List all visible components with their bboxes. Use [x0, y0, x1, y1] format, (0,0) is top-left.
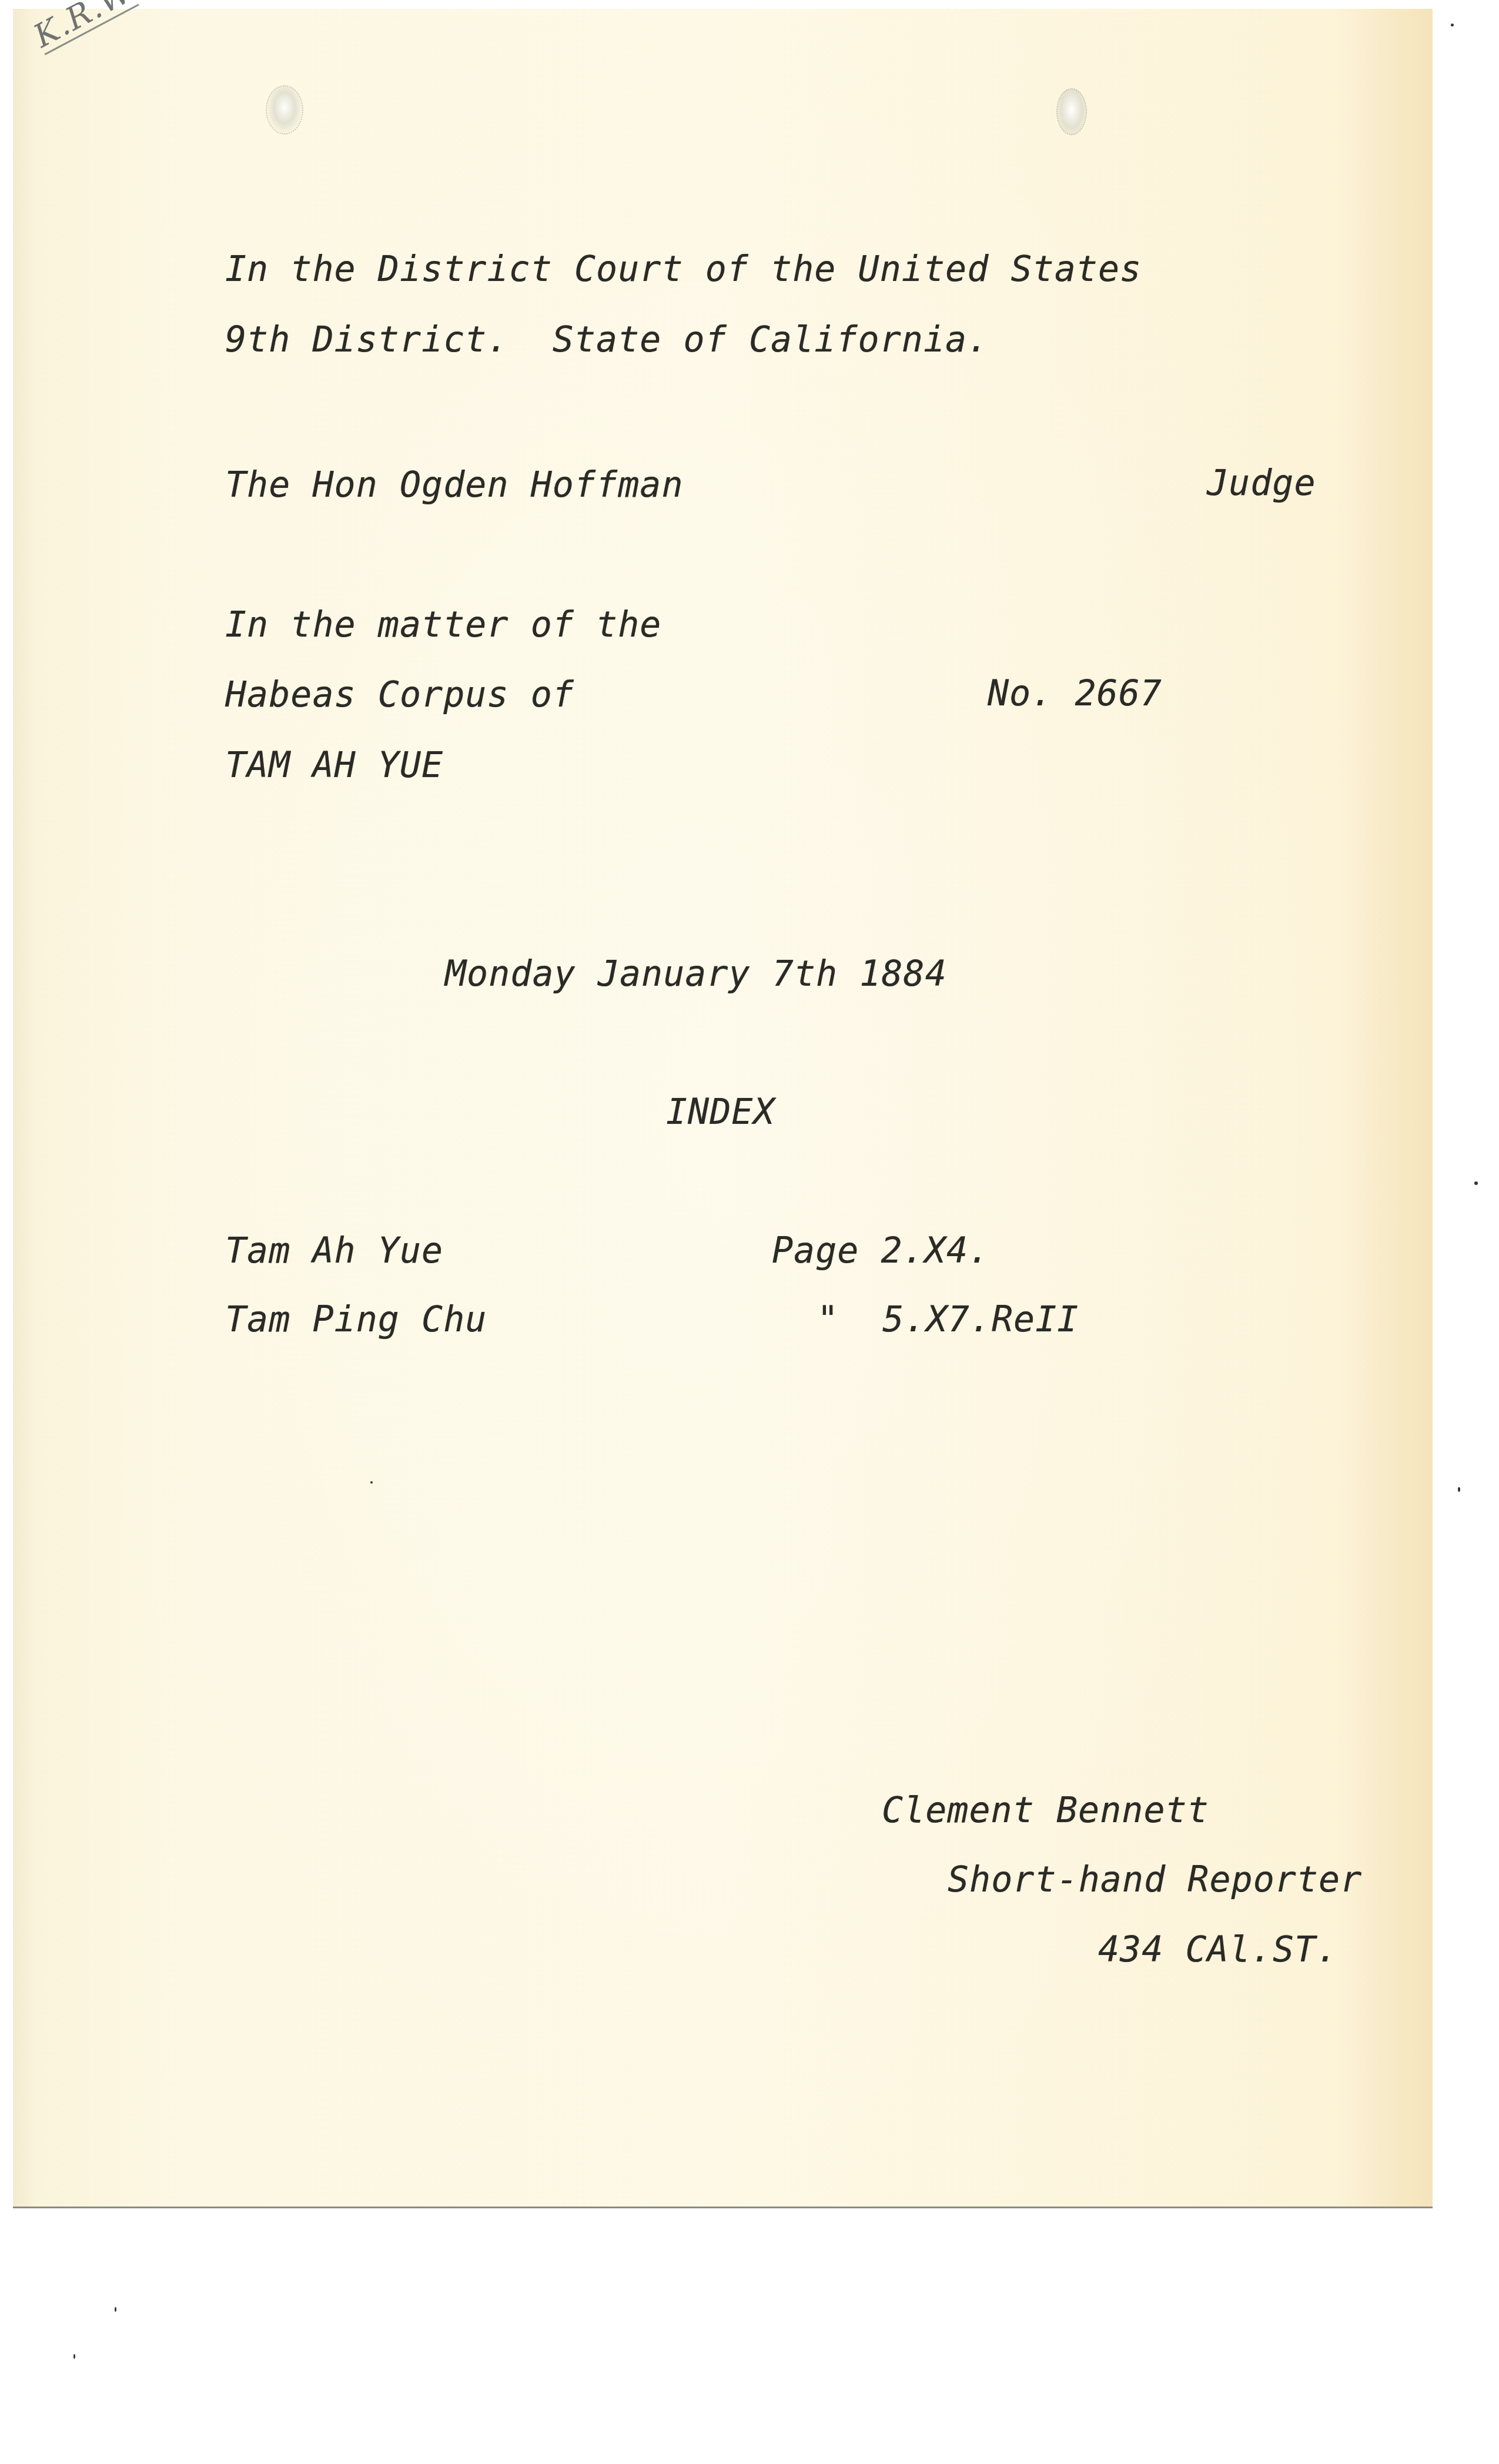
dust-speck: [1458, 1487, 1460, 1492]
index-entry-name: Tam Ah Yue: [225, 1233, 443, 1268]
case-number: No. 2667: [988, 676, 1162, 711]
hearing-date: Monday January 7th 1884: [445, 956, 947, 992]
court-heading-line1: In the District Court of the United Stat…: [225, 252, 1142, 287]
court-heading-line2: 9th District. State of California.: [225, 322, 989, 357]
index-entry-name: Tam Ping Chu: [225, 1302, 487, 1337]
matter-line3: TAM AH YUE: [225, 748, 443, 783]
index-entry-pages: Page 2.X4.: [772, 1233, 990, 1268]
judge-name: The Hon Ogden Hoffman: [225, 467, 684, 503]
dust-speck: [370, 1481, 373, 1484]
dust-speck: [115, 2307, 116, 2312]
reporter-title: Short-hand Reporter: [948, 1862, 1362, 1897]
dust-speck: [73, 2354, 75, 2359]
dust-speck: [1451, 24, 1454, 26]
pencil-annotation: K.R.W: [29, 0, 139, 55]
index-heading: INDEX: [666, 1094, 775, 1130]
punch-hole-left: [266, 85, 303, 135]
dust-speck: [1474, 1181, 1478, 1185]
index-entry-pages: " 5.X7.ReII: [817, 1302, 1079, 1337]
matter-line2: Habeas Corpus of: [225, 677, 574, 712]
judge-title: Judge: [1207, 466, 1316, 501]
reporter-address: 434 CAl.ST.: [1098, 1932, 1338, 1967]
reporter-name: Clement Bennett: [882, 1793, 1209, 1828]
matter-line1: In the matter of the: [225, 607, 661, 642]
punch-hole-right: [1056, 88, 1087, 135]
